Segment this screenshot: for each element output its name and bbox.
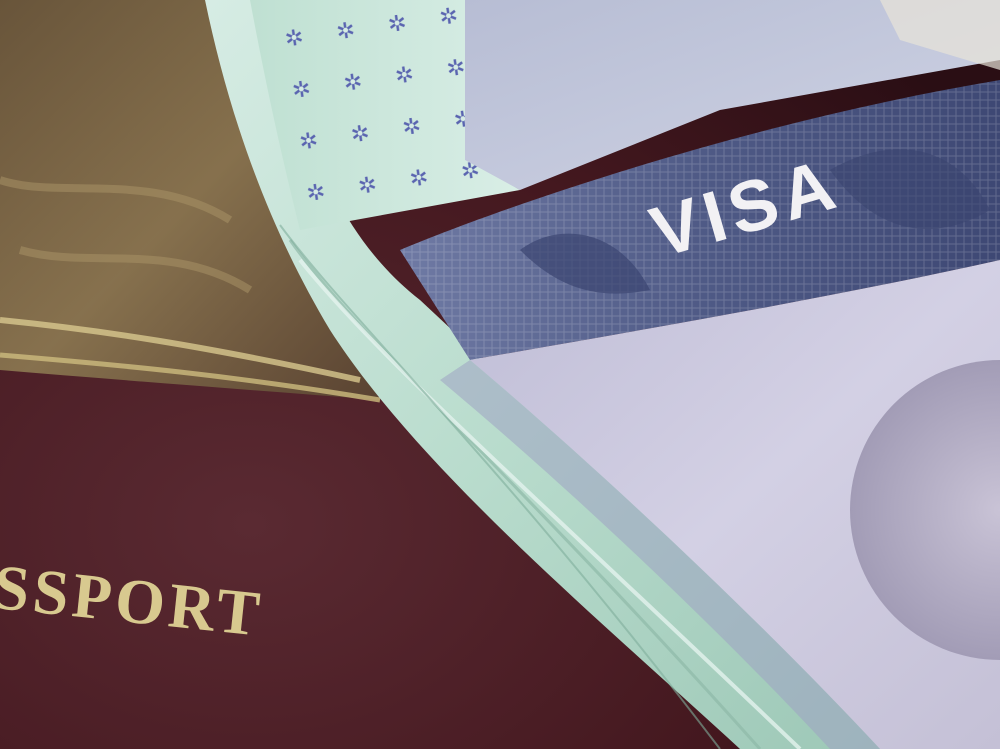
photo-canvas: SSPORT VISA: [0, 0, 1000, 749]
passport-visa-photo: SSPORT VISA: [0, 0, 1000, 749]
